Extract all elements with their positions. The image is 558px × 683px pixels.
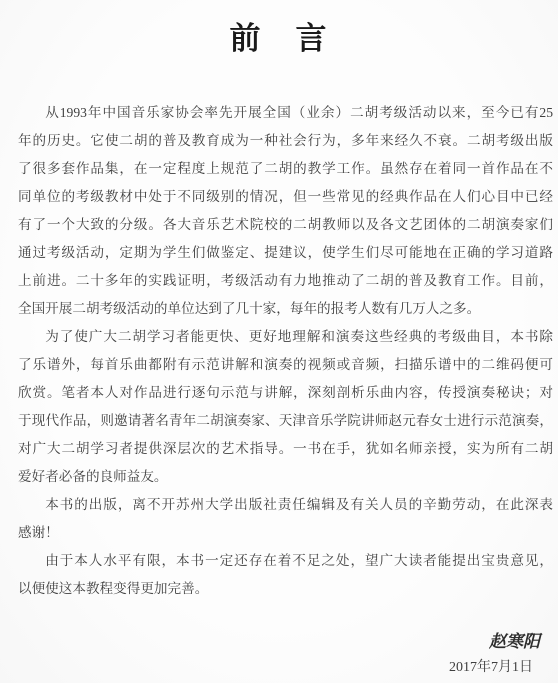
signature-block: 赵寒阳 2017年7月1日 xyxy=(0,629,558,681)
paragraph-line: 由于本人水平有限，本书一定还存在着不足之处，望广大读者能提出宝贵意见， xyxy=(18,547,553,575)
author-signature: 赵寒阳 xyxy=(0,629,558,655)
paragraph-line: 通过考级活动，定期为学生们做鉴定、提建议，使学生们尽可能地在正确的学习道路 xyxy=(18,239,553,267)
publication-date: 2017年7月1日 xyxy=(0,655,558,681)
page-title: 前 言 xyxy=(0,0,558,57)
paragraph-line: 感谢！ xyxy=(18,519,553,547)
paragraph-line: 本书的出版，离不开苏州大学出版社责任编辑及有关人员的辛勤劳动，在此深表 xyxy=(18,491,553,519)
paragraph-line: 了很多套作品集，在一定程度上规范了二胡的教学工作。虽然存在着同一首作品在不 xyxy=(18,155,553,183)
paragraph-line: 全国开展二胡考级活动的单位达到了几十家，每年的报考人数有几万人之多。 xyxy=(18,295,553,323)
paragraph-line: 于现代作品，则邀请著名青年二胡演奏家、天津音乐学院讲师赵元春女士进行示范演奏， xyxy=(18,407,553,435)
paragraph-line: 了乐谱外，每首乐曲都附有示范讲解和演奏的视频或音频，扫描乐谱中的二维码便可 xyxy=(18,351,553,379)
paragraph-line: 为了使广大二胡学习者能更快、更好地理解和演奏这些经典的考级曲目，本书除 xyxy=(18,323,553,351)
paragraph-line: 爱好者必备的良师益友。 xyxy=(18,463,553,491)
paragraph-line: 欣赏。笔者本人对作品进行逐句示范与讲解，深刻剖析乐曲内容，传授演奏秘诀；对 xyxy=(18,379,553,407)
paragraph-line: 年的历史。它使二胡的普及教育成为一种社会行为，多年来经久不衰。二胡考级出版 xyxy=(18,127,553,155)
preface-page: 前 言 从1993年中国音乐家协会率先开展全国（业余）二胡考级活动以来，至今已有… xyxy=(0,0,558,683)
paragraph-line: 从1993年中国音乐家协会率先开展全国（业余）二胡考级活动以来，至今已有25 xyxy=(18,99,553,127)
paragraph-line: 以便使这本教程变得更加完善。 xyxy=(18,575,553,603)
paragraph-line: 对广大二胡学习者提供深层次的艺术指导。一书在手，犹如名师亲授，实为所有二胡 xyxy=(18,435,553,463)
body-paragraphs: 从1993年中国音乐家协会率先开展全国（业余）二胡考级活动以来，至今已有25年的… xyxy=(0,99,558,603)
paragraph-line: 上前进。二十多年的实践证明，考级活动有力地推动了二胡的普及教育工作。目前， xyxy=(18,267,553,295)
paragraph-line: 有了一个大致的分级。各大音乐艺术院校的二胡教师以及各文艺团体的二胡演奏家们 xyxy=(18,211,553,239)
paragraph-line: 同单位的考级教材中处于不同级别的情况，但一些常见的经典作品在人们心目中已经 xyxy=(18,183,553,211)
